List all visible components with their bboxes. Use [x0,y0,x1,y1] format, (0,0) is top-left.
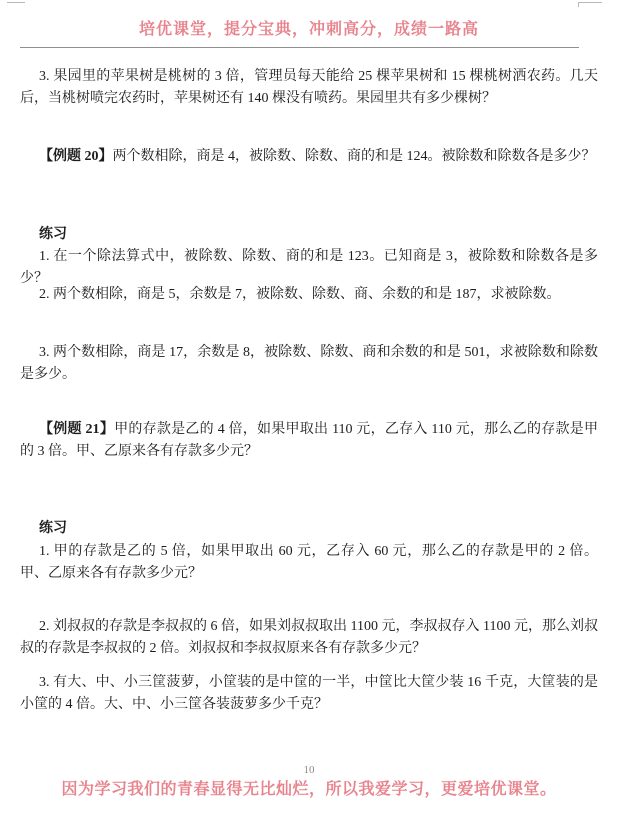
practice-2-item-3: 3. 有大、中、小三筐菠萝，小筐装的是中筐的一半，中筐比大筐少装 16 千克，大… [20,672,598,716]
header-rule [20,47,579,48]
practice-2-title: 练习 [20,518,598,540]
practice-1-item-2: 2. 两个数相除，商是 5，余数是 7，被除数、除数、商、余数的和是 187，求… [20,284,598,306]
example-21: 【例题 21】甲的存款是乙的 4 倍，如果甲取出 110 元，乙存入 110 元… [20,419,598,463]
example-20-text: 两个数相除，商是 4，被除数、除数、商的和是 124。被除数和除数各是多少？ [113,149,596,164]
practice-1-item-3: 3. 两个数相除，商是 17，余数是 8，被除数、除数、商和余数的和是 501，… [20,342,598,386]
footer-slogan: 因为学习我们的青春显得无比灿烂，所以我爱学习，更爱培优课堂。 [0,776,618,799]
practice-2-item-2: 2. 刘叔叔的存款是李叔叔的 6 倍，如果刘叔叔取出 1100 元，李叔叔存入 … [20,616,598,660]
practice-1-title: 练习 [20,224,598,246]
example-20-label: 【例题 20】 [39,149,113,164]
practice-2-item-1: 1. 甲的存款是乙的 5 倍，如果甲取出 60 元，乙存入 60 元，那么乙的存… [20,541,598,585]
worksheet-page: 培优课堂，提分宝典，冲刺高分，成绩一路高 3. 果园里的苹果树是桃树的 3 倍，… [0,0,618,835]
crop-mark-top-right-tick [578,2,579,7]
example-20: 【例题 20】两个数相除，商是 4，被除数、除数、商的和是 124。被除数和除数… [20,146,598,168]
crop-mark-top-left [7,2,25,3]
header-slogan: 培优课堂，提分宝典，冲刺高分，成绩一路高 [0,16,618,39]
example-21-label: 【例题 21】 [39,422,114,437]
page-number: 10 [0,763,618,777]
problem-3-text: 3. 果园里的苹果树是桃树的 3 倍，管理员每天能给 25 棵苹果树和 15 棵… [20,66,598,110]
crop-mark-top-right [578,2,602,3]
